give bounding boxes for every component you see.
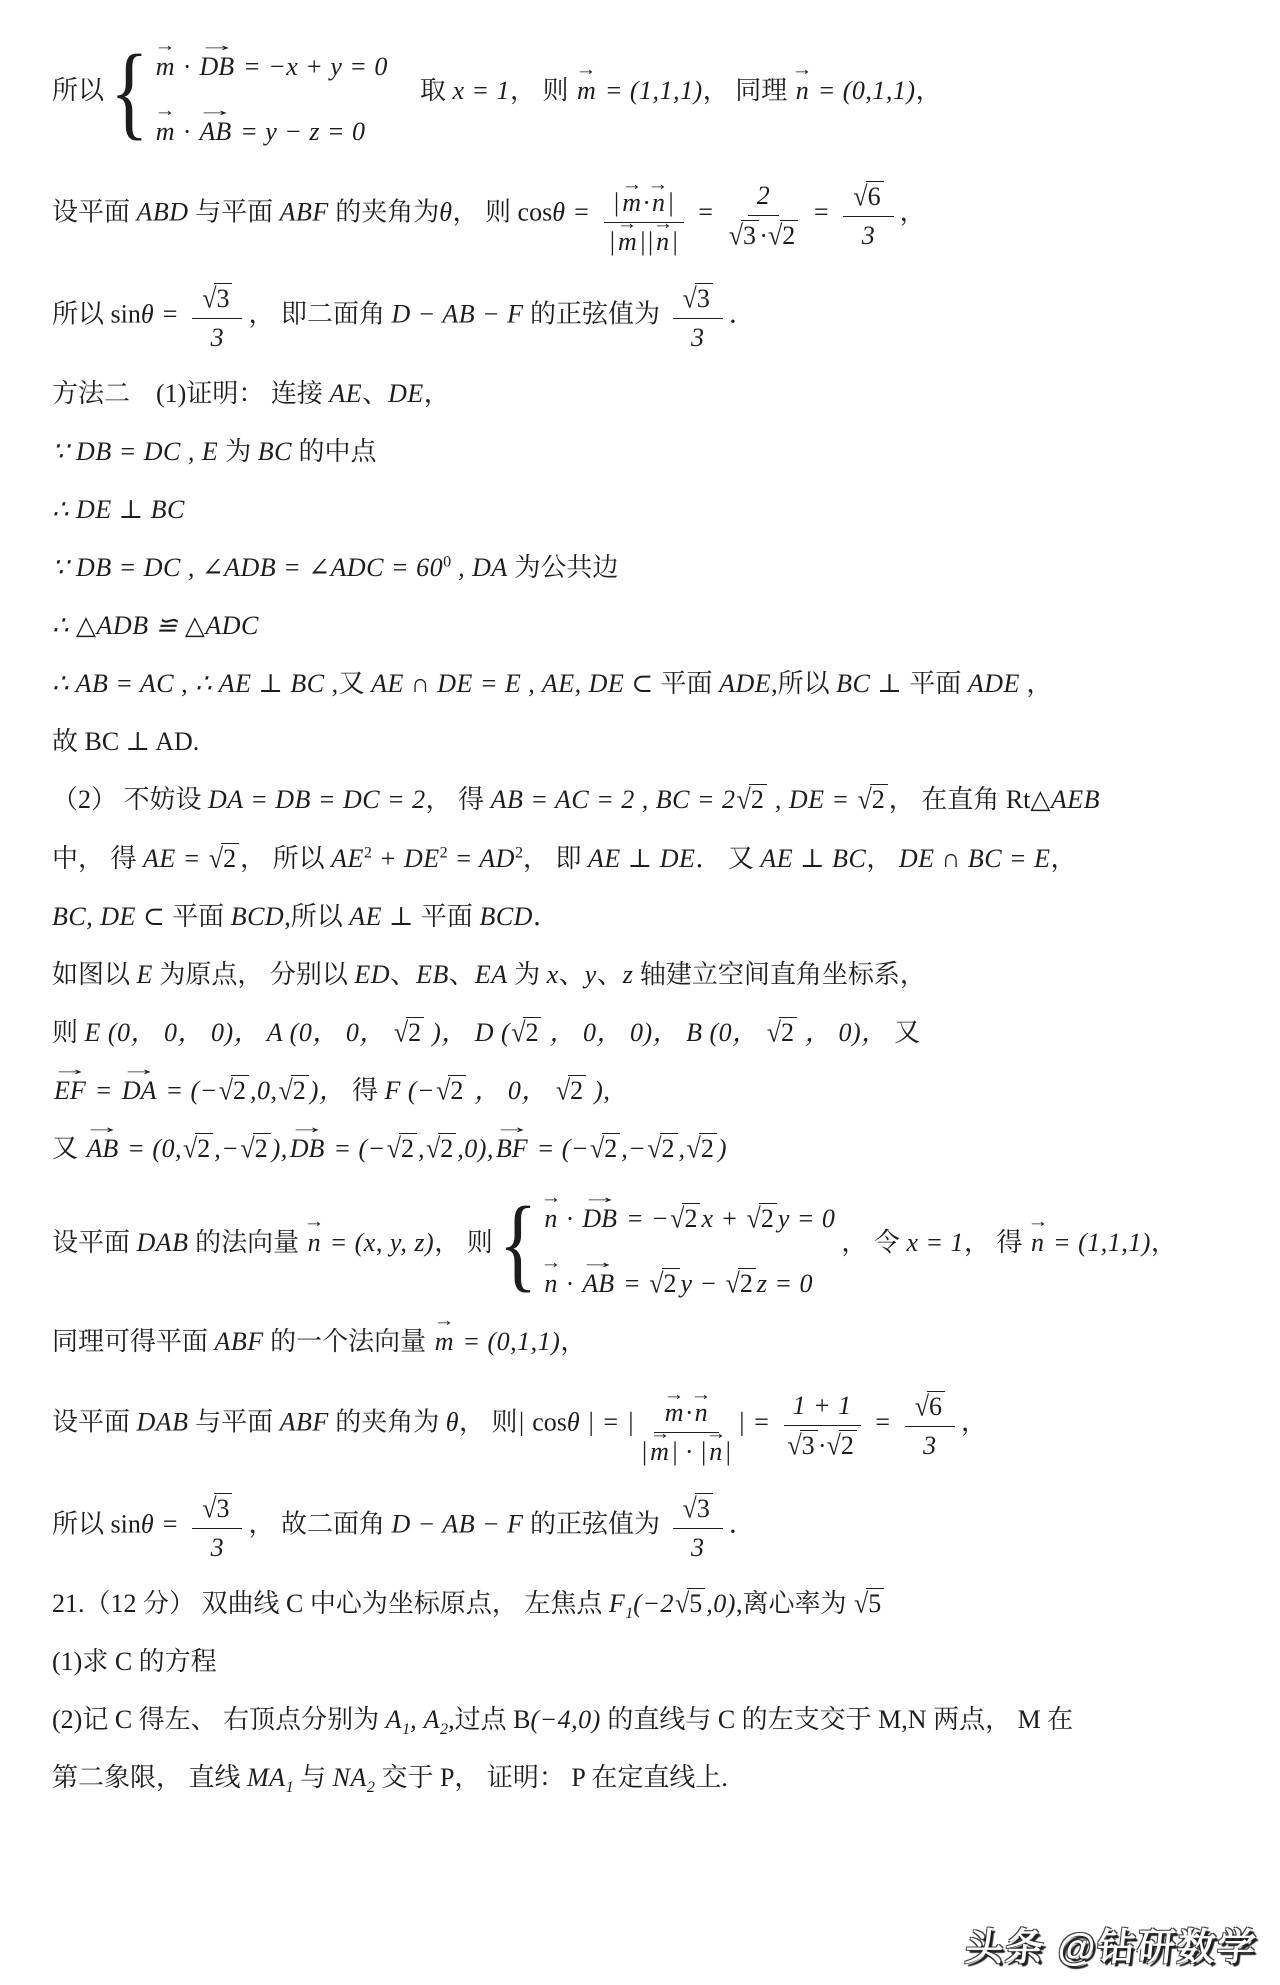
doc-line-10: 故 BC ⊥ AD. bbox=[52, 724, 1238, 759]
math-run: EA bbox=[475, 960, 508, 989]
math-run: θ = bbox=[552, 198, 597, 227]
math-run: ∴ AB = AC , ∴ AE ⊥ BC , bbox=[52, 669, 339, 698]
numerator: √3 bbox=[192, 1490, 242, 1529]
vector-ab: AB bbox=[199, 114, 231, 149]
math-run: = (0,1,1) bbox=[811, 76, 916, 105]
math-run: NA bbox=[333, 1763, 367, 1792]
radicand: 2 bbox=[448, 1075, 466, 1105]
fraction: √33 bbox=[192, 280, 242, 353]
math-run: DA = DB = DC = 2 bbox=[208, 785, 426, 814]
text-run: 又 bbox=[52, 1134, 85, 1163]
vector-ef: EF bbox=[54, 1073, 86, 1108]
watermark: 头条 @钻研数学 bbox=[963, 1916, 1260, 1971]
math-run: ,0, bbox=[250, 1076, 278, 1105]
radicand: 2 bbox=[682, 1203, 700, 1233]
sqrt: √2 bbox=[649, 1266, 679, 1301]
math-roman: sin bbox=[111, 1509, 141, 1538]
math-run: · bbox=[760, 221, 767, 251]
math-run: ,0), bbox=[457, 1134, 494, 1163]
text-run: 、 bbox=[559, 960, 585, 989]
text-run: 与平面 bbox=[189, 198, 280, 227]
text-run: (1)求 C 的方程 bbox=[52, 1647, 217, 1676]
subscript: 2 bbox=[440, 1721, 448, 1738]
math-run: BC bbox=[258, 437, 292, 466]
math-run: = y − z = 0 bbox=[233, 117, 365, 146]
math-run: | · | bbox=[671, 1437, 707, 1467]
text-run: 、 bbox=[597, 960, 623, 989]
radicand: 3 bbox=[695, 1493, 713, 1523]
radical-sign: √ bbox=[737, 781, 751, 819]
text-run: ． bbox=[729, 299, 755, 328]
document-page: 所以{m · DB = −x + y = 0m · AB = y − z = 0… bbox=[0, 0, 1280, 1985]
text-run: 与平面 bbox=[189, 1408, 280, 1437]
denominator: 3 bbox=[211, 319, 225, 353]
math-run: AE ⊥ BC bbox=[760, 844, 866, 873]
math-run: DE ∩ BC = E bbox=[899, 844, 1051, 873]
vector-n: n bbox=[796, 73, 809, 108]
text-run: 所以 bbox=[52, 299, 111, 328]
text-run: 第二象限， 直线 bbox=[52, 1763, 247, 1792]
radicand: 2 bbox=[523, 1017, 541, 1047]
text-run: 方法二 (1)证明： 连接 bbox=[52, 379, 329, 408]
radical-sign: √ bbox=[279, 1071, 293, 1109]
text-run: ， 令 bbox=[841, 1228, 906, 1257]
sqrt: √2 bbox=[747, 1201, 777, 1236]
text-run: ， 所以 bbox=[240, 844, 331, 873]
radical-sign: √ bbox=[670, 1200, 684, 1238]
subscript: 1 bbox=[402, 1721, 410, 1738]
text-run: 所以 bbox=[52, 76, 104, 105]
radical-sign: √ bbox=[729, 220, 743, 252]
radicand: 2 bbox=[195, 1133, 213, 1163]
text-run: ,离心率为 bbox=[736, 1589, 853, 1618]
radicand: 2 bbox=[779, 1017, 797, 1047]
math-run: | bbox=[641, 1437, 649, 1467]
math-run: = bbox=[690, 198, 722, 227]
math-run: E bbox=[137, 960, 153, 989]
radical-sign: √ bbox=[436, 1071, 450, 1109]
math-run: ∴ △ADB ≌ △ADC bbox=[52, 611, 259, 640]
radical-sign: √ bbox=[767, 1013, 781, 1051]
radicand: 3 bbox=[214, 1493, 232, 1523]
radical-sign: √ bbox=[683, 1493, 697, 1525]
radical-sign: √ bbox=[675, 1585, 689, 1623]
radical-sign: √ bbox=[426, 1130, 440, 1168]
doc-line-20: 设平面 DAB 与平面 ABF 的夹角为 θ， 则| cosθ | = |m ·… bbox=[52, 1382, 1238, 1467]
doc-line-3: 所以 sinθ = √33， 即二面角 D − AB − F 的正弦值为 √33… bbox=[52, 280, 1238, 353]
text-run: 交于 P， 证明： P 在定直线上. bbox=[375, 1763, 728, 1792]
text-run: 平面 bbox=[421, 902, 480, 931]
system-rows: n · DB = −√2x + √2y = 0n · AB = √2y − √2… bbox=[542, 1189, 835, 1301]
doc-line-6: ∴ DE ⊥ BC bbox=[52, 492, 1238, 527]
sqrt: √3 bbox=[202, 1493, 232, 1524]
text-run: 的夹角为 bbox=[329, 198, 440, 227]
text-run: 的正弦值为 bbox=[524, 1509, 667, 1538]
radicand: 2 bbox=[231, 1075, 249, 1105]
text-run: ， bbox=[1050, 844, 1076, 873]
fraction: | m · n || m || n | bbox=[604, 172, 684, 257]
math-run: ), bbox=[272, 1134, 288, 1163]
text-run: 又 bbox=[888, 1018, 921, 1047]
math-run: AE ⊥ bbox=[349, 902, 421, 931]
radical-sign: √ bbox=[853, 181, 867, 213]
math-run: | bbox=[518, 1408, 533, 1437]
math-run: , bbox=[418, 1134, 425, 1163]
doc-line-2: 设平面 ABD 与平面 ABF 的夹角为θ， 则 cosθ = | m · n … bbox=[52, 172, 1238, 257]
math-run: AB = AC = 2 , BC = 2 bbox=[491, 785, 736, 814]
text-run: 设平面 bbox=[52, 1228, 137, 1257]
math-run: D − AB − F bbox=[391, 1509, 523, 1538]
text-run: 平面 bbox=[909, 669, 968, 698]
system-row: m · DB = −x + y = 0 bbox=[154, 37, 388, 84]
math-run: θ = bbox=[141, 299, 186, 328]
numerator: √3 bbox=[192, 280, 242, 319]
math-run: | = bbox=[738, 1408, 778, 1437]
doc-line-16: EF = DA = (−√2,0,√2)， 得 F (−√2 ， 0， √2 )… bbox=[52, 1073, 1238, 1108]
sqrt: √2 bbox=[387, 1131, 417, 1166]
vector-n: n bbox=[544, 1266, 557, 1301]
sqrt: √2 bbox=[209, 841, 239, 876]
text-run: 平面 bbox=[661, 669, 720, 698]
text-run: （2） 不妨设 bbox=[52, 785, 208, 814]
math-run: ADE bbox=[719, 669, 771, 698]
math-run: ABF bbox=[280, 1408, 329, 1437]
radical-sign: √ bbox=[915, 1391, 929, 1423]
superscript: 2 bbox=[364, 844, 372, 861]
text-run: 的一个法向量 bbox=[264, 1327, 433, 1356]
sqrt: √2 bbox=[858, 782, 888, 817]
math-run: 2 bbox=[757, 181, 771, 211]
math-run: ， 0)， bbox=[798, 1018, 888, 1047]
math-roman: Rt bbox=[1006, 785, 1031, 814]
text-run: 、 bbox=[362, 379, 388, 408]
math-run: ADE bbox=[968, 669, 1020, 698]
text-run: ， 则 bbox=[434, 1228, 493, 1257]
text-run: 设平面 bbox=[52, 198, 137, 227]
doc-line-11: （2） 不妨设 DA = DB = DC = 2， 得 AB = AC = 2 … bbox=[52, 782, 1238, 817]
math-run: 3 bbox=[211, 1533, 225, 1563]
math-run: AE bbox=[329, 379, 362, 408]
text-run: (2)记 C 得左、 右顶点分别为 bbox=[52, 1705, 386, 1734]
doc-line-12: 中， 得 AE = √2， 所以 AE2 + DE2 = AD2， 即 AE ⊥… bbox=[52, 841, 1238, 876]
math-run: )， D ( bbox=[425, 1018, 510, 1047]
radicand: 2 bbox=[738, 1268, 756, 1298]
radical-sign: √ bbox=[683, 283, 697, 315]
text-run: ， bbox=[900, 198, 926, 227]
math-run: = bbox=[805, 198, 837, 227]
math-run: z = 0 bbox=[757, 1269, 813, 1298]
math-run: △AEB bbox=[1030, 785, 1100, 814]
vector-m: m bbox=[650, 1437, 669, 1467]
math-run: 1 + 1 bbox=[793, 1391, 852, 1421]
math-run: BC, DE ⊂ bbox=[52, 902, 172, 931]
sqrt: √5 bbox=[854, 1586, 884, 1621]
math-run: x + bbox=[701, 1204, 745, 1233]
math-run: θ bbox=[446, 1408, 459, 1437]
math-run: ， 0， 0)， B (0， bbox=[542, 1018, 765, 1047]
text-run: ， 则 bbox=[453, 198, 518, 227]
radical-sign: √ bbox=[183, 1130, 197, 1168]
text-run: ， 则 bbox=[459, 1408, 518, 1437]
math-run: , DA bbox=[451, 553, 514, 582]
math-run: E (0， 0， 0)， A (0， 0， bbox=[85, 1018, 393, 1047]
math-run: = (− bbox=[530, 1134, 589, 1163]
radical-sign: √ bbox=[827, 1430, 841, 1462]
math-run: = (0, bbox=[120, 1134, 182, 1163]
sqrt: √3 bbox=[683, 283, 713, 314]
fraction: √33 bbox=[673, 1490, 723, 1563]
text-run: ． bbox=[533, 902, 559, 931]
math-run: ,− bbox=[621, 1134, 646, 1163]
math-run: F (− bbox=[384, 1076, 435, 1105]
math-run: ABD bbox=[137, 198, 189, 227]
math-run: + DE bbox=[372, 844, 440, 873]
fraction: m · n| m | · | n | bbox=[641, 1382, 732, 1467]
denominator: 3 bbox=[923, 1427, 937, 1461]
text-run: 、 bbox=[390, 960, 416, 989]
radicand: 5 bbox=[866, 1588, 884, 1618]
vector-n: n bbox=[656, 227, 669, 257]
math-run: , bbox=[679, 1134, 686, 1163]
text-run: 的法向量 bbox=[189, 1228, 306, 1257]
text-run: 为原点， 分别以 bbox=[153, 960, 355, 989]
radicand: 6 bbox=[866, 181, 884, 211]
math-run: BC ⊥ bbox=[836, 669, 909, 698]
math-run: A bbox=[386, 1705, 402, 1734]
radical-sign: √ bbox=[687, 1130, 701, 1168]
vector-n: n bbox=[544, 1201, 557, 1236]
math-run: = (1,1,1) bbox=[1046, 1228, 1151, 1257]
math-run: x = 1 bbox=[452, 76, 510, 105]
denominator: √3 · √2 bbox=[728, 216, 800, 251]
math-run: = bbox=[88, 1076, 120, 1105]
vector-m: m bbox=[156, 114, 175, 149]
fraction: √33 bbox=[673, 280, 723, 353]
math-run: BCD bbox=[479, 902, 533, 931]
math-run: θ | = | bbox=[567, 1408, 635, 1437]
text-run: 取 bbox=[394, 76, 453, 105]
radical-sign: √ bbox=[511, 1013, 525, 1051]
vector-ab: AB bbox=[582, 1266, 614, 1301]
radicand: 2 bbox=[602, 1133, 620, 1163]
text-run: ， bbox=[916, 76, 942, 105]
doc-line-19: 同理可得平面 ABF 的一个法向量 m = (0,1,1)， bbox=[52, 1324, 1238, 1359]
doc-line-15: 则 E (0， 0， 0)， A (0， 0， √2 )， D (√2 ， 0，… bbox=[52, 1015, 1238, 1050]
math-run: DAB bbox=[137, 1408, 189, 1437]
radicand: 2 bbox=[699, 1133, 717, 1163]
text-run: 为 bbox=[225, 437, 258, 466]
math-run: θ = bbox=[141, 1509, 186, 1538]
text-run: ， bbox=[1020, 669, 1053, 698]
vector-bf: BF bbox=[496, 1131, 528, 1166]
vector-da: DA bbox=[122, 1073, 157, 1108]
subscript: 1 bbox=[286, 1779, 294, 1796]
sqrt: √3 bbox=[202, 283, 232, 314]
fraction: 1 + 1√3 · √2 bbox=[784, 1388, 861, 1461]
text-run: ， bbox=[560, 1327, 586, 1356]
radical-sign: √ bbox=[726, 1265, 740, 1303]
math-run: ED bbox=[354, 960, 390, 989]
sqrt: √5 bbox=[675, 1586, 705, 1621]
math-run: 3 bbox=[862, 221, 876, 251]
math-run: ) bbox=[718, 1134, 727, 1163]
radicand: 3 bbox=[695, 283, 713, 313]
math-run: ， 0， bbox=[467, 1076, 555, 1105]
vector-db: DB bbox=[290, 1131, 325, 1166]
text-run: 的中点 bbox=[292, 437, 377, 466]
math-run: , DE = bbox=[768, 785, 857, 814]
radical-sign: √ bbox=[858, 781, 872, 819]
text-run: 故 BC ⊥ AD. bbox=[52, 727, 199, 756]
math-run: = (1,1,1) bbox=[598, 76, 703, 105]
radical-sign: √ bbox=[387, 1130, 401, 1168]
text-run: 轴建立空间直角坐标系， bbox=[633, 960, 926, 989]
sqrt: √6 bbox=[853, 181, 883, 212]
vector-db: DB bbox=[199, 49, 234, 84]
sqrt: √2 bbox=[726, 1266, 756, 1301]
fraction: √63 bbox=[843, 178, 893, 251]
math-run: · bbox=[559, 1269, 580, 1298]
math-run: ∵ DB = DC , E bbox=[52, 437, 225, 466]
math-run: 3 bbox=[691, 323, 705, 353]
sqrt: √2 bbox=[827, 1430, 857, 1461]
math-roman: sin bbox=[111, 299, 141, 328]
vector-n: n bbox=[308, 1225, 321, 1260]
math-run: ), bbox=[587, 1076, 610, 1105]
math-run: AE bbox=[331, 844, 364, 873]
text-run: 为 bbox=[508, 960, 547, 989]
denominator: | m | · | n | bbox=[641, 1433, 732, 1467]
math-run: = bbox=[867, 1408, 899, 1437]
doc-line-13: BC, DE ⊂ 平面 BCD,所以 AE ⊥ 平面 BCD． bbox=[52, 899, 1238, 934]
radicand: 5 bbox=[687, 1588, 705, 1618]
numerator: √3 bbox=[673, 1490, 723, 1529]
sqrt: √2 bbox=[279, 1073, 309, 1108]
math-run: 3 bbox=[211, 323, 225, 353]
radical-sign: √ bbox=[202, 283, 216, 315]
system-row: n · AB = √2y − √2z = 0 bbox=[542, 1254, 835, 1301]
math-solution-content: 所以{m · DB = −x + y = 0m · AB = y − z = 0… bbox=[0, 0, 1280, 1795]
text-run: 平面 bbox=[172, 902, 231, 931]
radicand: 2 bbox=[399, 1133, 417, 1163]
sqrt: √2 bbox=[737, 782, 767, 817]
doc-line-14: 如图以 E 为原点， 分别以 ED、EB、EA 为 x、y、z 轴建立空间直角坐… bbox=[52, 957, 1238, 992]
sqrt: √3 bbox=[787, 1430, 817, 1461]
math-run: = −x + y = 0 bbox=[236, 52, 388, 81]
doc-line-8: ∴ △ADB ≌ △ADC bbox=[52, 608, 1238, 643]
math-run: 3 bbox=[923, 1431, 937, 1461]
sqrt: √2 bbox=[647, 1131, 677, 1166]
text-run: ,所以 bbox=[284, 902, 349, 931]
text-run: ， 得 bbox=[426, 785, 491, 814]
vector-n: n bbox=[709, 1437, 722, 1467]
radicand: 2 bbox=[662, 1268, 680, 1298]
doc-line-18: 设平面 DAB 的法向量 n = (x, y, z)， 则{n · DB = −… bbox=[52, 1189, 1238, 1301]
text-run: ， 即 bbox=[523, 844, 588, 873]
fraction: 2√3 · √2 bbox=[728, 178, 800, 251]
radical-sign: √ bbox=[854, 1585, 868, 1623]
math-run: x = 1 bbox=[906, 1228, 964, 1257]
text-run: ， 得 bbox=[964, 1228, 1029, 1257]
math-roman: cos bbox=[532, 1408, 567, 1437]
math-run: D − AB − F bbox=[391, 299, 523, 328]
sqrt: √2 bbox=[183, 1131, 213, 1166]
math-run: DE bbox=[388, 379, 424, 408]
denominator: 3 bbox=[211, 1529, 225, 1563]
math-run: DAB bbox=[137, 1228, 189, 1257]
radicand: 3 bbox=[800, 1430, 818, 1460]
doc-line-25: 第二象限， 直线 MA1 与 NA2 交于 P， 证明： P 在定直线上. bbox=[52, 1760, 1238, 1795]
denominator: 3 bbox=[862, 217, 876, 251]
text-run: 的正弦值为 bbox=[524, 299, 667, 328]
text-run: 则 bbox=[52, 1018, 85, 1047]
radicand: 2 bbox=[870, 784, 888, 814]
math-run: EB bbox=[416, 960, 449, 989]
math-run: x bbox=[547, 960, 559, 989]
math-run: (−2 bbox=[633, 1589, 674, 1618]
math-run: AE ∩ DE = E , AE, DE ⊂ bbox=[371, 669, 660, 698]
radical-sign: √ bbox=[202, 1493, 216, 1525]
doc-line-5: ∵ DB = DC , E 为 BC 的中点 bbox=[52, 434, 1238, 469]
sqrt: √2 bbox=[556, 1073, 586, 1108]
radical-sign: √ bbox=[394, 1013, 408, 1051]
radical-sign: √ bbox=[647, 1130, 661, 1168]
doc-line-1: 所以{m · DB = −x + y = 0m · AB = y − z = 0… bbox=[52, 37, 1238, 149]
doc-line-24: (2)记 C 得左、 右顶点分别为 A1, A2,过点 B(−4,0) 的直线与… bbox=[52, 1702, 1238, 1737]
vector-m: m bbox=[156, 49, 175, 84]
text-run: 所以 bbox=[52, 1509, 111, 1538]
math-run: , A bbox=[410, 1705, 440, 1734]
math-run: = (0,1,1) bbox=[455, 1327, 560, 1356]
math-run: 3 bbox=[691, 1533, 705, 1563]
text-run: 设平面 bbox=[52, 1408, 137, 1437]
math-run: ABF bbox=[280, 198, 329, 227]
text-run: ， 故二面角 bbox=[248, 1509, 391, 1538]
numerator: √6 bbox=[843, 178, 893, 217]
denominator: 3 bbox=[691, 319, 705, 353]
math-run: · bbox=[176, 117, 197, 146]
math-run: BCD bbox=[231, 902, 285, 931]
text-run: 与 bbox=[294, 1763, 333, 1792]
radicand: 2 bbox=[253, 1133, 271, 1163]
radical-sign: √ bbox=[787, 1430, 801, 1462]
text-run: ， bbox=[424, 379, 450, 408]
math-run: (−4,0) bbox=[530, 1705, 600, 1734]
math-run: y bbox=[585, 960, 597, 989]
text-run: ， 即二面角 bbox=[248, 299, 391, 328]
math-roman: cos bbox=[518, 198, 553, 227]
sqrt: √3 bbox=[729, 220, 759, 251]
radical-sign: √ bbox=[556, 1071, 570, 1109]
radicand: 3 bbox=[741, 220, 759, 250]
math-run: AE = bbox=[143, 844, 208, 873]
math-run: ,− bbox=[214, 1134, 239, 1163]
math-run: z bbox=[623, 960, 634, 989]
text-run: 如图以 bbox=[52, 960, 137, 989]
vector-n: n bbox=[1031, 1225, 1044, 1260]
sqrt: √2 bbox=[590, 1131, 620, 1166]
math-run: y − bbox=[681, 1269, 725, 1298]
sqrt: √2 bbox=[767, 1015, 797, 1050]
math-run: ,0) bbox=[706, 1589, 736, 1618]
system-row: m · AB = y − z = 0 bbox=[154, 102, 388, 149]
radicand: 2 bbox=[291, 1075, 309, 1105]
radicand: 2 bbox=[759, 1203, 777, 1233]
math-run: θ bbox=[439, 198, 452, 227]
vector-m: m bbox=[618, 227, 637, 257]
equation-system: {m · DB = −x + y = 0m · AB = y − z = 0 bbox=[110, 37, 388, 149]
text-run: 中， 得 bbox=[52, 844, 143, 873]
